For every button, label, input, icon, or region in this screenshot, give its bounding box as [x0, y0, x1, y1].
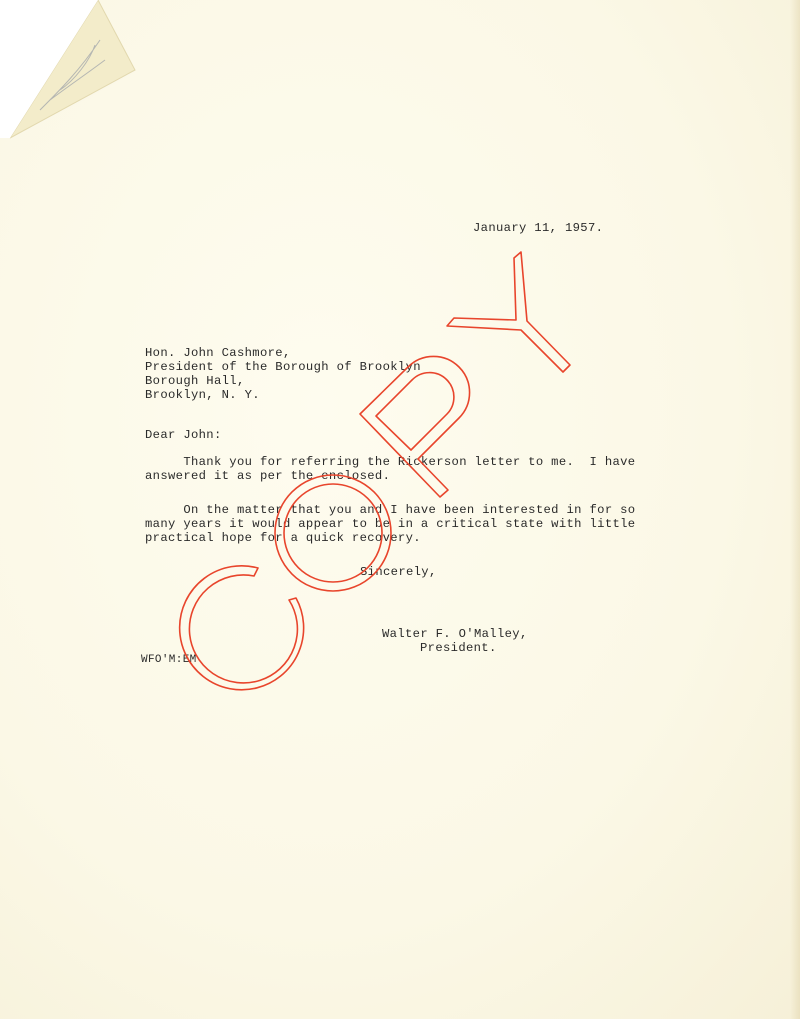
recipient-address-line2: Brooklyn, N. Y.	[145, 389, 260, 402]
recipient-title: President of the Borough of Brooklyn	[145, 361, 421, 374]
body-paragraph-1-line-1: Thank you for referring the Rickerson le…	[145, 456, 635, 469]
signature-name: Walter F. O'Malley,	[382, 628, 528, 641]
closing: Sincerely,	[360, 566, 437, 579]
signature-title: President.	[420, 642, 497, 655]
recipient-name: Hon. John Cashmore,	[145, 347, 291, 360]
body-paragraph-2-line-3: practical hope for a quick recovery.	[145, 532, 421, 545]
stamp-letter-c	[180, 566, 304, 690]
body-paragraph-1-line-2: answered it as per the enclosed.	[145, 470, 390, 483]
letter-date: January 11, 1957.	[473, 222, 603, 235]
paper-edge	[790, 0, 800, 1019]
salutation: Dear John:	[145, 429, 222, 442]
body-paragraph-2-line-2: many years it would appear to be in a cr…	[145, 518, 635, 531]
stamp-letter-y	[447, 252, 570, 372]
typist-initials: WFO'M:EM	[141, 654, 197, 667]
recipient-address-line1: Borough Hall,	[145, 375, 245, 388]
body-paragraph-2-line-1: On the matter that you and I have been i…	[145, 504, 635, 517]
letter-page: January 11, 1957. Hon. John Cashmore, Pr…	[0, 0, 800, 1019]
folded-corner	[0, 0, 140, 140]
